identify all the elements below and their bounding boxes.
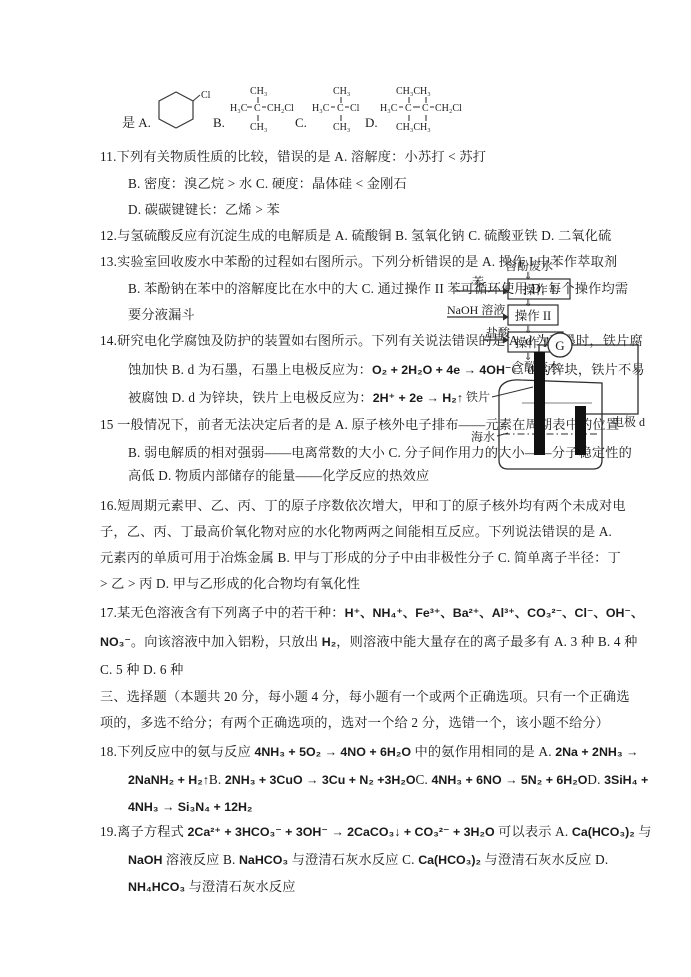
question-text: 11.下列有关物质性质的比较，错误的是 A. 溶解度：小苏打 < 苏打 bbox=[100, 149, 486, 164]
c-atom: C bbox=[422, 103, 429, 114]
text-line: D. 碳碳键键长：乙烯 > 苯 bbox=[128, 202, 280, 219]
operation-2-label: 操作 II bbox=[515, 308, 551, 323]
text-line: 11.下列有关物质性质的比较，错误的是 A. 溶解度：小苏打 < 苏打 bbox=[100, 149, 486, 166]
ch3ch3-bottom: CH₃CH₃ bbox=[396, 122, 431, 133]
question-text: > 乙 > 丙 D. 甲与乙形成的化合物均有氧化性 bbox=[100, 576, 360, 591]
question-text: 要分液漏斗 bbox=[128, 307, 195, 322]
text-line: 项的，多选不给分；有两个正确选项的，选对一个给 2 分，选错一个，该小题不给分） bbox=[100, 715, 609, 732]
chemical-formula: H⁺、NH₄⁺、Fe³⁺、Ba²⁺、Al³⁺、CO₃²⁻、Cl⁻、OH⁻、 bbox=[345, 606, 644, 620]
question-text: 元素丙的单质可用于冶炼金属 B. 甲与丁形成的分子中由非极性分子 C. 简单离子… bbox=[100, 550, 621, 565]
naoh-solution-label: NaOH 溶液 bbox=[447, 302, 505, 317]
operation-1-label: 操作 I bbox=[523, 282, 555, 297]
c-atom: C bbox=[254, 103, 261, 114]
text-line: 18.下列反应中的氨与反应 4NH₃ + 5O₂ → 4NO + 6H₂O 中的… bbox=[100, 744, 638, 761]
question-text: 与 bbox=[635, 824, 652, 839]
question-text: 。向该溶液中加入铝粉，只放出 bbox=[131, 634, 322, 649]
chemical-formula: 3SiH₄ + bbox=[604, 773, 648, 787]
ch3ch3-top: CH₃CH₃ bbox=[396, 86, 431, 97]
electrode-d-label: 电极 d bbox=[612, 414, 645, 429]
text-line: C. 5 种 D. 6 种 bbox=[100, 662, 184, 679]
text-line: > 乙 > 丙 D. 甲与乙形成的化合物均有氧化性 bbox=[100, 576, 360, 593]
ch2cl: CH₂Cl bbox=[267, 103, 294, 114]
chemical-formula: NO₃⁻ bbox=[100, 635, 131, 649]
left-wire bbox=[539, 345, 548, 353]
chemical-formula: 2Ca²⁺ + 3HCO₃⁻ + 3OH⁻ → 2CaCO₃↓ + CO₃²⁻ … bbox=[188, 825, 495, 839]
question-text: D. bbox=[587, 772, 604, 787]
question-text: 与澄清石灰水反应 C. bbox=[288, 852, 418, 867]
electrochemical-cell-figure: G 铁片 电极 d 海水 bbox=[455, 330, 691, 480]
question-text: 三、选择题（本题共 20 分，每小题 4 分，每小题有一个或两个正确选项。只有一… bbox=[100, 689, 630, 704]
question-text: 12.与氢硫酸反应有沉淀生成的电解质是 A. 硫酸铜 B. 氢氧化钠 C. 硫酸… bbox=[100, 228, 612, 243]
chemical-formula: Ca(HCO₃)₂ bbox=[418, 853, 481, 867]
beaker-outline bbox=[499, 380, 602, 469]
chemical-formula: NaHCO₃ bbox=[239, 853, 288, 867]
question-text: 中的氨作用相同的是 A. bbox=[411, 744, 555, 759]
chemical-formula: 4NH₃ → Si₃N₄ + 12H₂ bbox=[128, 800, 252, 814]
question-text: 可以表示 A. bbox=[495, 824, 572, 839]
option-b-label: B. bbox=[213, 115, 225, 130]
text-line: NH₄HCO₃ 与澄清石灰水反应 bbox=[128, 879, 296, 896]
question-text: C. bbox=[416, 772, 432, 787]
text-line: 12.与氢硫酸反应有沉淀生成的电解质是 A. 硫酸铜 B. 氢氧化钠 C. 硫酸… bbox=[100, 228, 612, 245]
chemical-formula: 4NH₃ + 6NO → 5N₂ + 6H₂O bbox=[432, 773, 588, 787]
benzene-label: 苯 bbox=[472, 275, 484, 289]
question-text: 项的，多选不给分；有两个正确选项的，选对一个给 2 分，选错一个，该小题不给分） bbox=[100, 715, 609, 730]
chemical-formula: Ca(HCO₃)₂ bbox=[572, 825, 635, 839]
question-text: 与澄清石灰水反应 bbox=[185, 879, 296, 894]
cl-label: Cl bbox=[350, 103, 360, 114]
text-line: 要分液漏斗 bbox=[128, 307, 195, 324]
chemical-formula: 4NH₃ + 5O₂ → 4NO + 6H₂O bbox=[254, 745, 411, 759]
question-text: 高低 D. 物质内部储存的能量——化学反应的热效应 bbox=[128, 468, 429, 483]
question-text: B. 密度：溴乙烷 > 水 C. 硬度：晶体硅 < 金刚石 bbox=[128, 176, 407, 191]
electrode-d bbox=[575, 406, 586, 455]
ch3-top: CH₃ bbox=[250, 86, 267, 97]
question-text: 被腐蚀 D. d 为锌块，铁片上电极反应为： bbox=[128, 390, 373, 405]
text-line: 子，乙、丙、丁最高价氧化物对应的水化物两两之间能相互反应。下列说法错误的是 A. bbox=[100, 524, 612, 541]
text-line: 被腐蚀 D. d 为锌块，铁片上电极反应为：2H⁺ + 2e → H₂↑ bbox=[128, 390, 463, 407]
structural-formulas-figure: 是 A. Cl B. CH₃ H₃C C CH₂Cl CH₃ C. CH₃ H₃… bbox=[100, 78, 490, 150]
text-line: 三、选择题（本题共 20 分，每小题 4 分，每小题有一个或两个正确选项。只有一… bbox=[100, 689, 630, 706]
chemical-formula: NH₄HCO₃ bbox=[128, 880, 185, 894]
chemical-formula: 2NH₃ + 3CuO → 3Cu + N₂ +3H₂O bbox=[225, 773, 416, 787]
option-c-label: C. bbox=[295, 115, 307, 130]
chemical-formula: 2H⁺ + 2e → H₂↑ bbox=[373, 391, 463, 405]
chemical-formula: 2Na + 2NH₃ → bbox=[555, 745, 638, 759]
c-atom: C bbox=[337, 103, 344, 114]
down-arrow-icon: ⇓ bbox=[524, 298, 532, 309]
question-text: D. 碳碳键键长：乙烯 > 苯 bbox=[128, 202, 280, 217]
seawater-label: 海水 bbox=[471, 429, 495, 444]
option-a-prefix: 是 A. bbox=[122, 115, 151, 130]
ch3-bottom: CH₃ bbox=[250, 122, 267, 133]
h3c: H₃C bbox=[230, 103, 248, 114]
question-text: B. bbox=[209, 772, 225, 787]
iron-plate-leader bbox=[492, 387, 533, 397]
text-line: 高低 D. 物质内部储存的能量——化学反应的热效应 bbox=[128, 468, 429, 485]
iron-plate-label: 铁片 bbox=[466, 389, 490, 404]
cl-label: Cl bbox=[201, 90, 211, 101]
question-text: 与澄清石灰水反应 D. bbox=[481, 852, 608, 867]
text-line: 4NH₃ → Si₃N₄ + 12H₂ bbox=[128, 799, 252, 816]
bond-ring-cl bbox=[193, 95, 200, 101]
galvanometer-label: G bbox=[555, 338, 564, 353]
iron-electrode bbox=[534, 352, 545, 455]
down-arrow-icon: ⇓ bbox=[524, 271, 532, 282]
question-text: 溶液反应 B. bbox=[162, 852, 239, 867]
cyclohexane-ring bbox=[159, 92, 193, 128]
question-text: 蚀加快 B. d 为石墨，石墨上电极反应为： bbox=[128, 362, 372, 377]
c-atom: C bbox=[405, 103, 412, 114]
text-line: 16.短周期元素甲、乙、丙、丁的原子序数依次增大，甲和丁的原子核外均有两个未成对… bbox=[100, 498, 626, 515]
question-text: 16.短周期元素甲、乙、丙、丁的原子序数依次增大，甲和丁的原子核外均有两个未成对… bbox=[100, 498, 626, 513]
text-line: NO₃⁻。向该溶液中加入铝粉，只放出 H₂，则溶液中能大量存在的离子最多有 A.… bbox=[100, 634, 638, 651]
question-text: 17.某无色溶液含有下列离子中的若干种： bbox=[100, 605, 345, 620]
question-text: 19.离子方程式 bbox=[100, 824, 188, 839]
text-line: 17.某无色溶液含有下列离子中的若干种：H⁺、NH₄⁺、Fe³⁺、Ba²⁺、Al… bbox=[100, 605, 643, 622]
question-text: 18.下列反应中的氨与反应 bbox=[100, 744, 254, 759]
text-line: B. 密度：溴乙烷 > 水 C. 硬度：晶体硅 < 金刚石 bbox=[128, 176, 407, 193]
ch3-top: CH₃ bbox=[333, 86, 350, 97]
text-line: NaOH 溶液反应 B. NaHCO₃ 与澄清石灰水反应 C. Ca(HCO₃)… bbox=[128, 852, 608, 869]
h3c: H₃C bbox=[312, 103, 330, 114]
chemical-formula: H₂ bbox=[322, 635, 336, 649]
question-text: ，则溶液中能大量存在的离子最多有 A. 3 种 B. 4 种 bbox=[336, 634, 637, 649]
text-line: 元素丙的单质可用于冶炼金属 B. 甲与丁形成的分子中由非极性分子 C. 简单离子… bbox=[100, 550, 621, 567]
ch3-bottom: CH₃ bbox=[333, 122, 350, 133]
text-line: 19.离子方程式 2Ca²⁺ + 3HCO₃⁻ + 3OH⁻ → 2CaCO₃↓… bbox=[100, 824, 652, 841]
question-text: 子，乙、丙、丁最高价氧化物对应的水化物两两之间能相互反应。下列说法错误的是 A. bbox=[100, 524, 612, 539]
chemical-formula: NaOH bbox=[128, 853, 162, 867]
question-text: C. 5 种 D. 6 种 bbox=[100, 662, 184, 677]
right-wire bbox=[572, 345, 638, 414]
option-d-label: D. bbox=[365, 115, 378, 130]
chemical-formula: 2NaNH₂ + H₂↑ bbox=[128, 773, 209, 787]
ch2cl: CH₂Cl bbox=[435, 103, 462, 114]
text-line: 2NaNH₂ + H₂↑B. 2NH₃ + 3CuO → 3Cu + N₂ +3… bbox=[128, 772, 648, 789]
h3c: H₃C bbox=[380, 103, 398, 114]
exam-page: 11.下列有关物质性质的比较，错误的是 A. 溶解度：小苏打 < 苏打B. 密度… bbox=[0, 0, 691, 977]
